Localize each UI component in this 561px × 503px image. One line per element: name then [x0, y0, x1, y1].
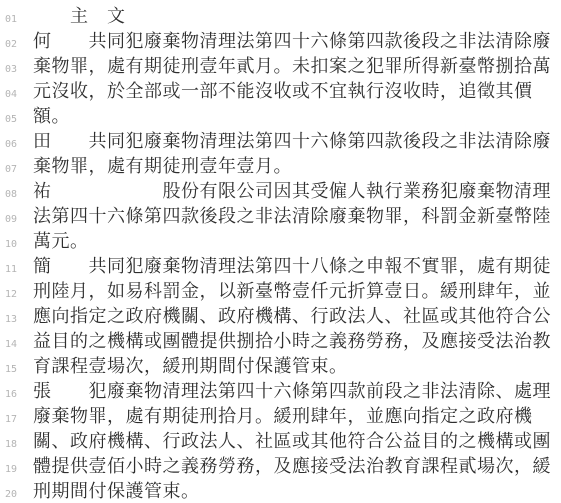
line-number: 18: [0, 432, 33, 457]
redaction-space: [70, 271, 89, 272]
document-line: 01 主文: [0, 4, 561, 29]
document-line: 12 刑陸月，如易科罰金，以新臺幣壹仟元折算壹日。緩刑肆年，並: [0, 279, 561, 304]
document-line: 14 益目的之機構或團體提供捌拾小時之義務勞務，及應接受法治教: [0, 329, 561, 354]
document-line: 16 張犯廢棄物清理法第四十六條第四款前段之非法清除、處理: [0, 379, 561, 404]
document-line: 20 刑期間付保護管束。: [0, 479, 561, 503]
redaction-space: [144, 196, 163, 197]
line-number: 11: [0, 257, 33, 282]
redaction-space: [70, 46, 89, 47]
document-line: 15 育課程壹場次，緩刑期間付保護管束。: [0, 354, 561, 379]
line-number: 09: [0, 207, 33, 232]
redaction-space: [52, 146, 71, 147]
document-line: 04 元沒收，於全部或一部不能沒收或不宜執行沒收時，追徵其價: [0, 79, 561, 104]
document-line: 07 棄物罪，處有期徒刑壹年壹月。: [0, 154, 561, 179]
document-line: 05 額。: [0, 104, 561, 129]
line-text: 廢棄物罪，處有期徒刑拾月。緩刑肆年，並應向指定之政府機: [33, 404, 533, 429]
document-line: 09 法第四十六條第四款後段之非法清除廢棄物罪，科罰金新臺幣陸: [0, 204, 561, 229]
line-text: 應向指定之政府機關、政府機構、行政法人、社區或其他符合公: [33, 304, 551, 329]
line-number: 14: [0, 332, 33, 357]
redaction-space: [52, 196, 71, 197]
line-text: 張犯廢棄物清理法第四十六條第四款前段之非法清除、處理: [33, 379, 551, 404]
document-body: 01 主文 02 何共同犯廢棄物清理法第四十六條第四款後段之非法清除廢 03 棄…: [0, 4, 561, 503]
line-text: 祐股份有限公司因其受僱人執行業務犯廢棄物清理: [33, 179, 551, 204]
line-text: 主文: [33, 4, 126, 29]
line-text: 額。: [33, 104, 70, 129]
line-text: 益目的之機構或團體提供捌拾小時之義務勞務，及應接受法治教: [33, 329, 551, 354]
redaction-space: [126, 196, 145, 197]
line-text: 何共同犯廢棄物清理法第四十六條第四款後段之非法清除廢: [33, 29, 551, 54]
redaction-space: [70, 396, 89, 397]
line-number: 10: [0, 232, 33, 257]
document-line: 08 祐股份有限公司因其受僱人執行業務犯廢棄物清理: [0, 179, 561, 204]
document-line: 17 廢棄物罪，處有期徒刑拾月。緩刑肆年，並應向指定之政府機: [0, 404, 561, 429]
line-number: 05: [0, 107, 33, 132]
redaction-space: [52, 396, 71, 397]
line-text: 體提供壹佰小時之義務勞務，及應接受法治教育課程貳場次，緩: [33, 454, 551, 479]
redaction-space: [52, 46, 71, 47]
document-line: 10 萬元。: [0, 229, 561, 254]
line-number: 17: [0, 407, 33, 432]
redaction-space: [70, 146, 89, 147]
line-text: 萬元。: [33, 229, 89, 254]
line-text: 簡共同犯廢棄物清理法第四十八條之申報不實罪，處有期徒: [33, 254, 551, 279]
document-line: 13 應向指定之政府機關、政府機構、行政法人、社區或其他符合公: [0, 304, 561, 329]
document-line: 18 關、政府機構、行政法人、社區或其他符合公益目的之機構或團: [0, 429, 561, 454]
line-text: 刑期間付保護管束。: [33, 479, 200, 503]
judgment-document: 01 主文 02 何共同犯廢棄物清理法第四十六條第四款後段之非法清除廢 03 棄…: [0, 0, 561, 503]
document-line: 06 田共同犯廢棄物清理法第四十六條第四款後段之非法清除廢: [0, 129, 561, 154]
line-text: 刑陸月，如易科罰金，以新臺幣壹仟元折算壹日。緩刑肆年，並: [33, 279, 551, 304]
line-text: 田共同犯廢棄物清理法第四十六條第四款後段之非法清除廢: [33, 129, 551, 154]
line-number: 12: [0, 282, 33, 307]
line-number: 13: [0, 307, 33, 332]
redaction-space: [33, 21, 52, 22]
redaction-space: [89, 196, 108, 197]
redaction-space: [52, 21, 71, 22]
redaction-space: [107, 196, 126, 197]
line-text: 棄物罪，處有期徒刑壹年壹月。: [33, 154, 292, 179]
document-line: 11 簡共同犯廢棄物清理法第四十八條之申報不實罪，處有期徒: [0, 254, 561, 279]
line-number: 04: [0, 82, 33, 107]
line-text: 棄物罪，處有期徒刑壹年貳月。未扣案之犯罪所得新臺幣捌拾萬: [33, 54, 551, 79]
document-line: 19 體提供壹佰小時之義務勞務，及應接受法治教育課程貳場次，緩: [0, 454, 561, 479]
line-text: 元沒收，於全部或一部不能沒收或不宜執行沒收時，追徵其價: [33, 79, 533, 104]
line-number: 06: [0, 132, 33, 157]
line-text: 育課程壹場次，緩刑期間付保護管束。: [33, 354, 348, 379]
line-number: 20: [0, 482, 33, 503]
document-line: 02 何共同犯廢棄物清理法第四十六條第四款後段之非法清除廢: [0, 29, 561, 54]
redaction-space: [52, 271, 71, 272]
line-number: 19: [0, 457, 33, 482]
line-text: 關、政府機構、行政法人、社區或其他符合公益目的之機構或團: [33, 429, 551, 454]
redaction-space: [70, 196, 89, 197]
line-number: 16: [0, 382, 33, 407]
document-line: 03 棄物罪，處有期徒刑壹年貳月。未扣案之犯罪所得新臺幣捌拾萬: [0, 54, 561, 79]
line-number: 01: [0, 7, 33, 32]
redaction-space: [89, 21, 108, 22]
line-number: 08: [0, 182, 33, 207]
line-number: 02: [0, 32, 33, 57]
line-number: 03: [0, 57, 33, 82]
line-text: 法第四十六條第四款後段之非法清除廢棄物罪，科罰金新臺幣陸: [33, 204, 551, 229]
line-number: 15: [0, 357, 33, 382]
line-number: 07: [0, 157, 33, 182]
